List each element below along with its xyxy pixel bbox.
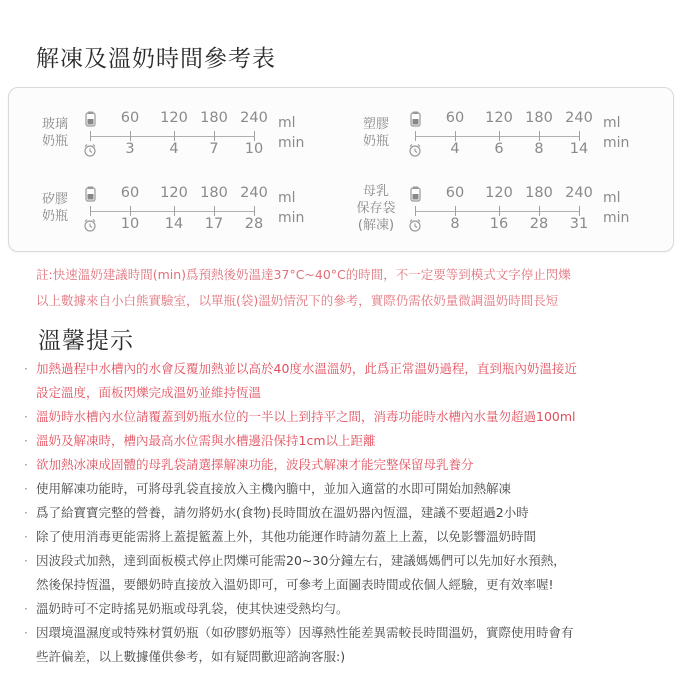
tip-text: 溫奶時水槽內水位請覆蓋到奶瓶水位的一半以上到持平之間，消毒功能時水槽內水量勿超過…	[36, 405, 674, 429]
min-value: 7	[209, 141, 218, 157]
bullet-icon: ·	[24, 477, 36, 501]
alarm-clock-icon	[408, 217, 422, 236]
min-value: 28	[530, 216, 548, 232]
min-value: 8	[534, 141, 543, 157]
chart-tick	[455, 206, 456, 216]
tips-list: ·加熱過程中水槽內的水會反覆加熱並以高於40度水溫溫奶，此爲正常溫奶過程，直到瓶…	[24, 357, 674, 669]
ml-value: 120	[160, 110, 188, 126]
chart-label-line: 奶瓶	[32, 133, 78, 150]
tip-text: 然後保持恆溫，要餵奶時直接放入溫奶即可，可參考上面圖表時間或依個人經驗，更有效率…	[36, 573, 674, 597]
tip-item: ·爲了給寶寶完整的營養，請勿將奶水(食物)長時間放在溫奶器內恆溫，建議不要超過2…	[24, 501, 674, 525]
tip-item: ·因波段式加熱，達到面板模式停止閃爍可能需20~30分鐘左右，建議媽媽們可以先加…	[24, 549, 674, 573]
chart-tick	[130, 131, 131, 141]
chart-label-line: 母乳	[350, 183, 402, 200]
chart-label-line: (解凍)	[350, 217, 402, 234]
ml-value: 240	[240, 110, 268, 126]
chart-label: 塑膠奶瓶	[353, 116, 399, 150]
tip-text: 溫奶時可不定時搖晃奶瓶或母乳袋，使其快速受熱均勻。	[36, 597, 674, 621]
tip-item: 設定溫度，面板閃爍完成溫奶並維持恆溫	[24, 381, 674, 405]
bullet-icon	[24, 645, 36, 669]
tip-item: ·溫奶及解凍時，槽內最高水位需與水槽邊沿保持1cm以上距離	[24, 429, 674, 453]
chart-label-line: 玻璃	[32, 116, 78, 133]
min-value: 4	[169, 141, 178, 157]
bullet-icon: ·	[24, 405, 36, 429]
chart-label-line: 矽膠	[32, 191, 78, 208]
alarm-clock-icon	[83, 142, 97, 161]
min-value: 3	[125, 141, 134, 157]
notes: 註:快速溫奶建議時間(min)爲預熱後奶溫達37°C~40°C的時間，不一定要等…	[36, 262, 571, 314]
tip-item: ·加熱過程中水槽內的水會反覆加熱並以高於40度水溫溫奶，此爲正常溫奶過程，直到瓶…	[24, 357, 674, 381]
bullet-icon: ·	[24, 549, 36, 573]
ml-value: 180	[525, 185, 553, 201]
bullet-icon: ·	[24, 501, 36, 525]
ml-value: 180	[525, 110, 553, 126]
chart-axis-line	[90, 136, 254, 137]
chart-tick	[174, 206, 175, 216]
min-unit: min	[603, 210, 629, 226]
tips-title: 溫馨提示	[38, 322, 134, 355]
chart-tick	[579, 131, 580, 141]
tip-item: ·使用解凍功能時，可將母乳袋直接放入主機內膽中，並加入適當的水即可開始加熱解凍	[24, 477, 674, 501]
chart-tick	[130, 206, 131, 216]
bullet-icon: ·	[24, 621, 36, 645]
ml-value: 60	[121, 185, 139, 201]
tip-text: 因環境溫濕度或特殊材質奶瓶（如矽膠奶瓶等）因導熱性能差異需較長時間溫奶，實際使用…	[36, 621, 674, 645]
ml-value: 180	[200, 185, 228, 201]
min-unit: min	[278, 135, 304, 151]
tip-text: 些許偏差，以上數據僅供參考，如有疑問歡迎諮詢客服:)	[36, 645, 674, 669]
tip-item: ·因環境溫濕度或特殊材質奶瓶（如矽膠奶瓶等）因導熱性能差異需較長時間溫奶，實際使…	[24, 621, 674, 645]
ml-value: 180	[200, 110, 228, 126]
tip-text: 加熱過程中水槽內的水會反覆加熱並以高於40度水溫溫奶，此爲正常溫奶過程，直到瓶內…	[36, 357, 674, 381]
tip-item: ·溫奶時水槽內水位請覆蓋到奶瓶水位的一半以上到持平之間，消毒功能時水槽內水量勿超…	[24, 405, 674, 429]
chart-tick	[90, 206, 91, 216]
min-value: 14	[570, 141, 588, 157]
tip-item: 些許偏差，以上數據僅供參考，如有疑問歡迎諮詢客服:)	[24, 645, 674, 669]
ml-value: 60	[446, 110, 464, 126]
ml-value: 120	[160, 185, 188, 201]
bullet-icon: ·	[24, 525, 36, 549]
bullet-icon: ·	[24, 429, 36, 453]
bottle-icon	[85, 111, 96, 131]
tip-item: ·除了使用消毒更能需將上蓋提籃蓋上外，其他功能運作時請勿蓋上上蓋，以免影響溫奶時…	[24, 525, 674, 549]
chart-axis-line	[415, 136, 579, 137]
ml-unit: ml	[278, 115, 296, 131]
min-value: 8	[450, 216, 459, 232]
tip-item: ·欲加熱冰凍成固體的母乳袋請選擇解凍功能，波段式解凍才能完整保留母乳養分	[24, 453, 674, 477]
chart-tick	[415, 131, 416, 141]
tip-item: ·溫奶時可不定時搖晃奶瓶或母乳袋，使其快速受熱均勻。	[24, 597, 674, 621]
chart-tick	[214, 131, 215, 141]
ml-unit: ml	[603, 190, 621, 206]
ml-value: 240	[565, 185, 593, 201]
min-unit: min	[278, 210, 304, 226]
chart-label-line: 奶瓶	[32, 208, 78, 225]
chart-tick	[415, 206, 416, 216]
min-value: 4	[450, 141, 459, 157]
chart-tick	[539, 206, 540, 216]
bottle-icon	[410, 186, 421, 206]
tip-text: 除了使用消毒更能需將上蓋提籃蓋上外，其他功能運作時請勿蓋上上蓋，以免影響溫奶時間	[36, 525, 674, 549]
tip-text: 設定溫度，面板閃爍完成溫奶並維持恆溫	[36, 381, 674, 405]
chart-label: 玻璃奶瓶	[32, 116, 78, 150]
chart-tick	[254, 131, 255, 141]
note-line: 註:快速溫奶建議時間(min)爲預熱後奶溫達37°C~40°C的時間，不一定要等…	[36, 262, 571, 288]
chart-tick	[90, 131, 91, 141]
min-unit: min	[603, 135, 629, 151]
bullet-icon: ·	[24, 357, 36, 381]
alarm-clock-icon	[408, 142, 422, 161]
chart-label-line: 奶瓶	[353, 133, 399, 150]
tip-text: 爲了給寶寶完整的營養，請勿將奶水(食物)長時間放在溫奶器內恆溫，建議不要超過2小…	[36, 501, 674, 525]
chart-axis-line	[90, 211, 254, 212]
chart-tick	[579, 206, 580, 216]
min-value: 28	[245, 216, 263, 232]
min-value: 10	[121, 216, 139, 232]
ml-value: 120	[485, 185, 513, 201]
ml-value: 60	[121, 110, 139, 126]
chart-label: 矽膠奶瓶	[32, 191, 78, 225]
min-value: 14	[165, 216, 183, 232]
min-value: 17	[205, 216, 223, 232]
page-title: 解凍及溫奶時間參考表	[36, 40, 276, 73]
chart-tick	[539, 131, 540, 141]
bullet-icon	[24, 573, 36, 597]
chart-tick	[499, 131, 500, 141]
ml-unit: ml	[278, 190, 296, 206]
min-value: 16	[490, 216, 508, 232]
note-line: 以上數據來自小白熊實驗室，以單瓶(袋)溫奶情況下的參考，實際仍需依奶量微調溫奶時…	[36, 288, 571, 314]
min-value: 6	[494, 141, 503, 157]
min-value: 31	[570, 216, 588, 232]
ml-value: 120	[485, 110, 513, 126]
chart-tick	[499, 206, 500, 216]
chart-label-line: 保存袋	[350, 200, 402, 217]
tip-item: 然後保持恆溫，要餵奶時直接放入溫奶即可，可參考上面圖表時間或依個人經驗，更有效率…	[24, 573, 674, 597]
bullet-icon: ·	[24, 453, 36, 477]
bottle-icon	[85, 186, 96, 206]
chart-axis-line	[415, 211, 579, 212]
ml-value: 240	[565, 110, 593, 126]
ml-unit: ml	[603, 115, 621, 131]
bullet-icon: ·	[24, 597, 36, 621]
tip-text: 使用解凍功能時，可將母乳袋直接放入主機內膽中，並加入適當的水即可開始加熱解凍	[36, 477, 674, 501]
bottle-icon	[410, 111, 421, 131]
chart-tick	[254, 206, 255, 216]
ml-value: 240	[240, 185, 268, 201]
tip-text: 溫奶及解凍時，槽內最高水位需與水槽邊沿保持1cm以上距離	[36, 429, 674, 453]
chart-tick	[214, 206, 215, 216]
bullet-icon	[24, 381, 36, 405]
ml-value: 60	[446, 185, 464, 201]
tip-text: 欲加熱冰凍成固體的母乳袋請選擇解凍功能，波段式解凍才能完整保留母乳養分	[36, 453, 674, 477]
alarm-clock-icon	[83, 217, 97, 236]
chart-label-line: 塑膠	[353, 116, 399, 133]
chart-tick	[174, 131, 175, 141]
min-value: 10	[245, 141, 263, 157]
chart-label: 母乳保存袋(解凍)	[350, 183, 402, 234]
tip-text: 因波段式加熱，達到面板模式停止閃爍可能需20~30分鐘左右，建議媽媽們可以先加好…	[36, 549, 674, 573]
chart-tick	[455, 131, 456, 141]
